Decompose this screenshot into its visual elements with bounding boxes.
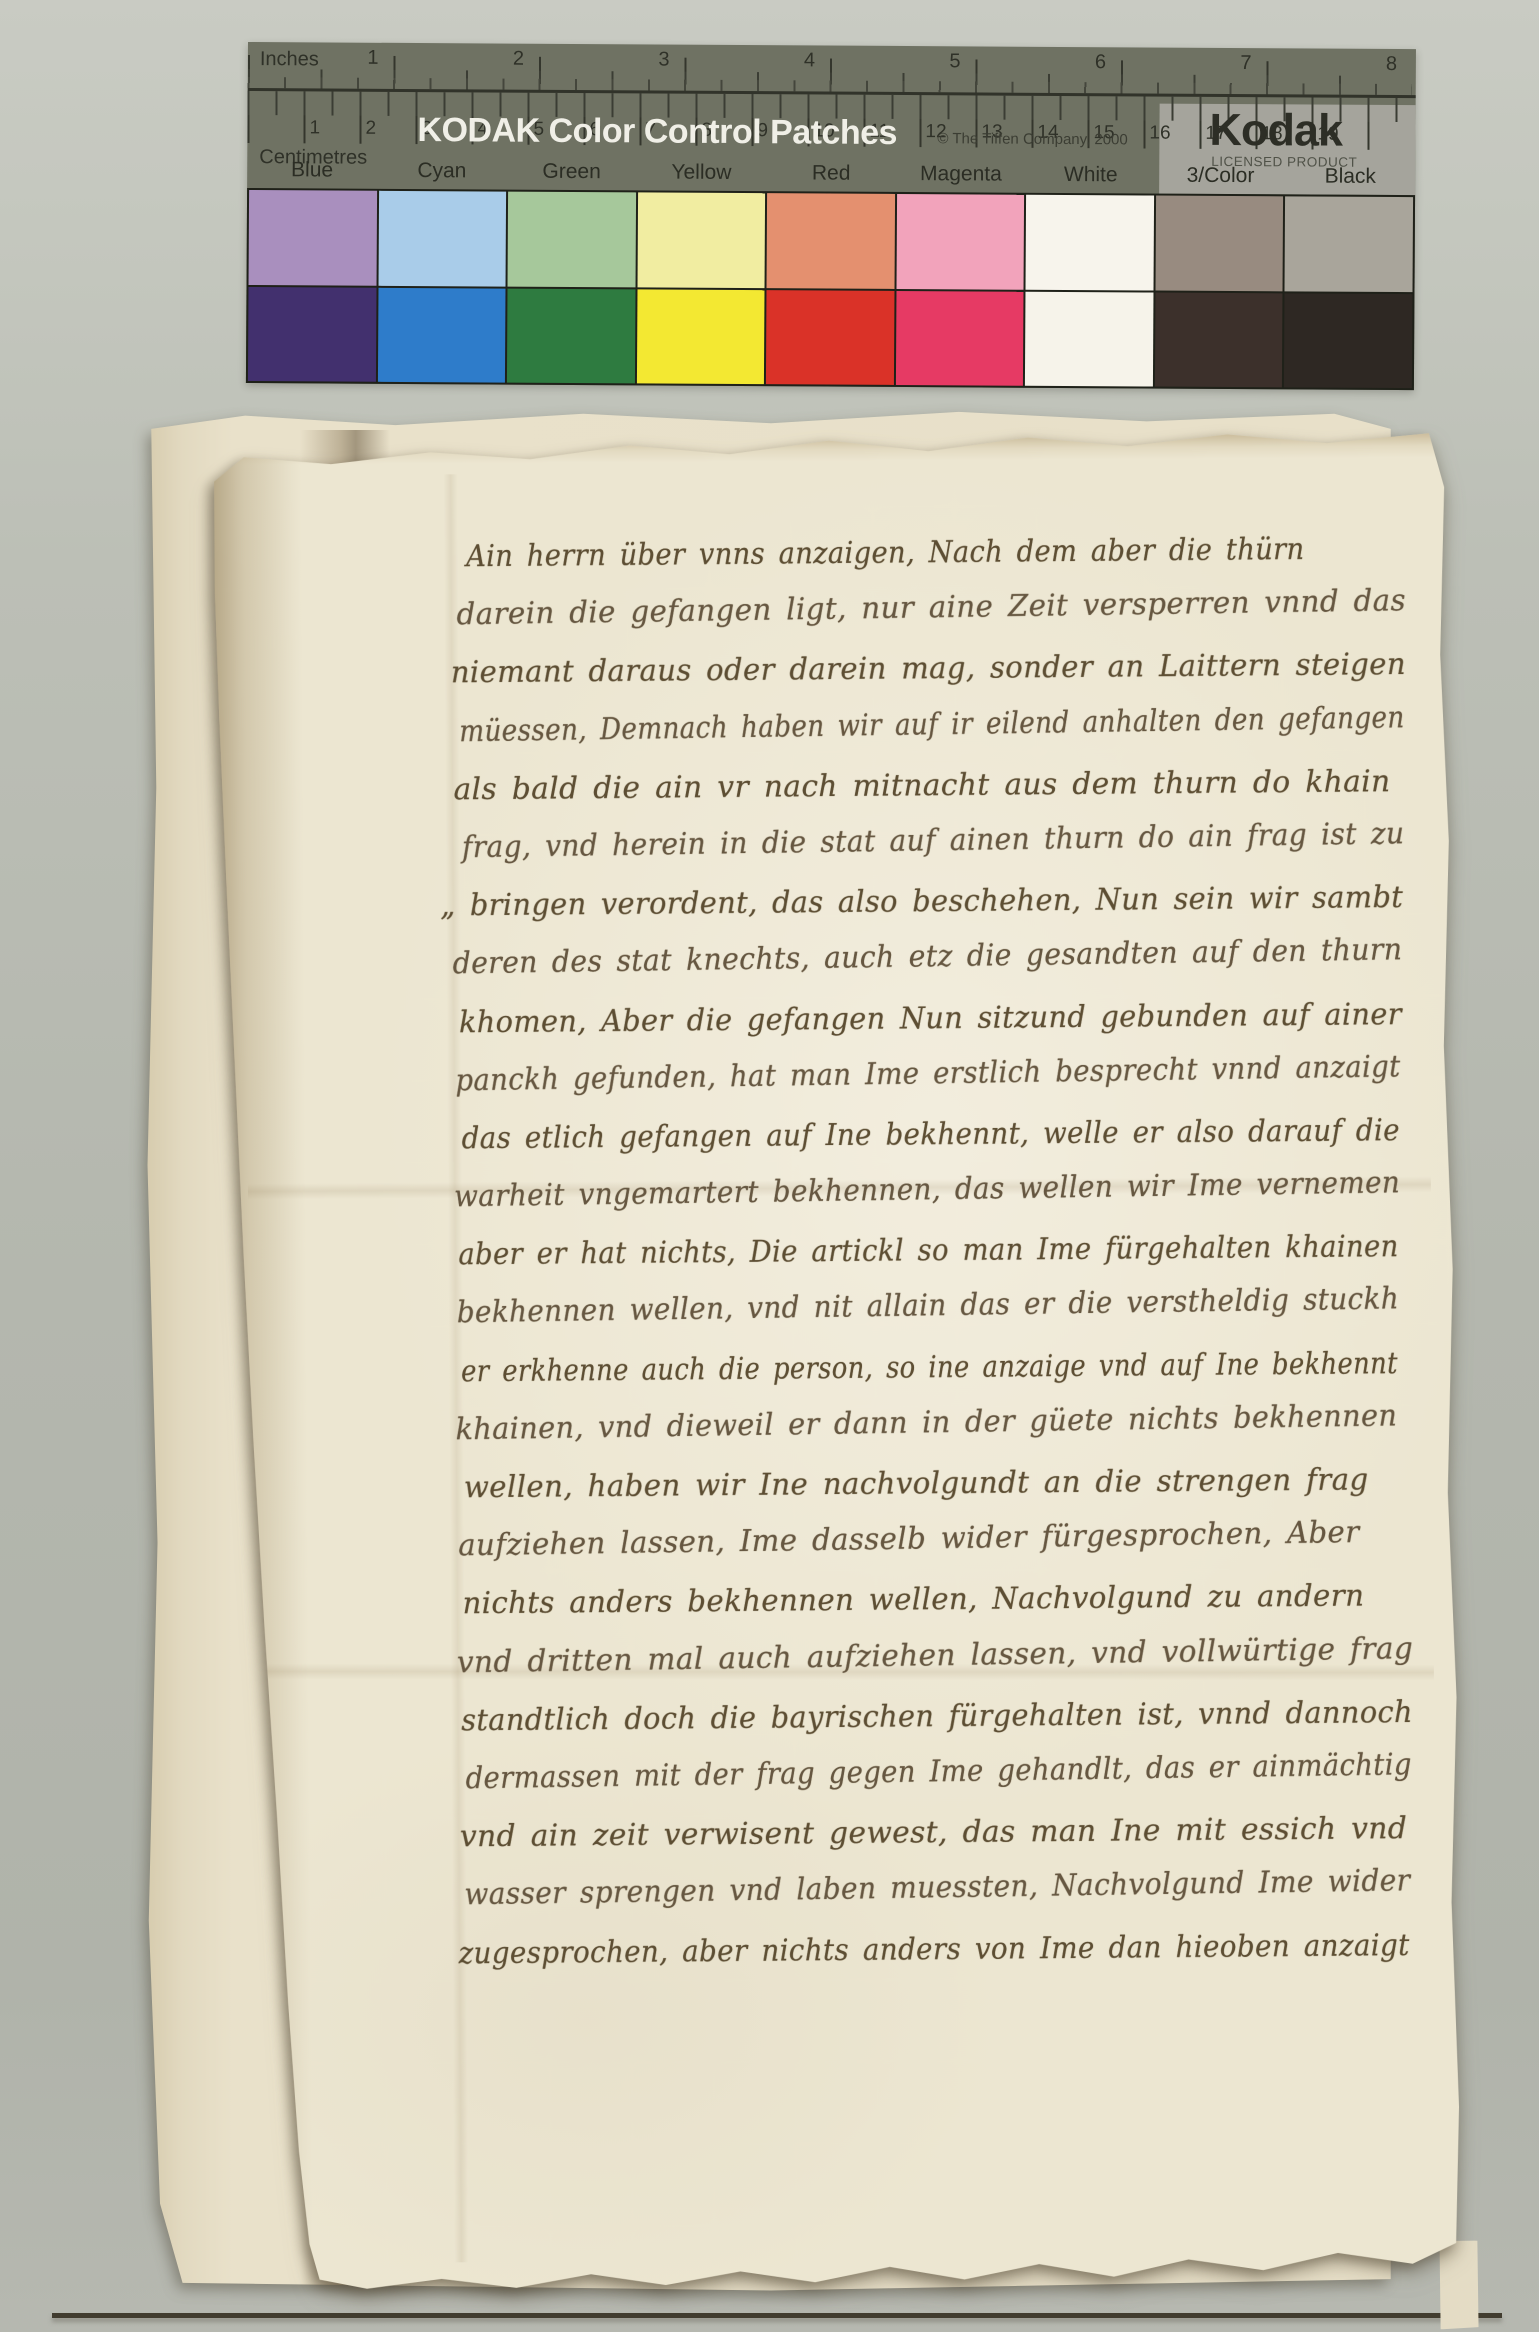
patch-dark-black (1284, 293, 1412, 388)
patch-dark-cyan (377, 287, 505, 382)
color-label-black: Black (1285, 164, 1415, 193)
color-label-white: White (1026, 163, 1156, 192)
manuscript-line-25: zugesprochen, aber nichts anders von Ime… (458, 1928, 1350, 1994)
patch-grid (246, 188, 1415, 390)
manuscript-line-12: warheit vngemartert bekhennen, das welle… (454, 1166, 1349, 1237)
top-sheet-wrap: Ain herrn über vnns anzaigen, Nach dem a… (206, 431, 1462, 2301)
color-bar-title: KODAK Color Control Patches (417, 111, 897, 153)
patch-light-cyan (378, 191, 506, 286)
color-label-red: Red (766, 161, 896, 190)
color-label-green: Green (507, 160, 637, 189)
patch-light-red (767, 193, 895, 288)
manuscript-line-14: bekhennen wellen, vnd nit allain das er … (457, 1283, 1350, 1354)
manuscript-line-18: aufziehen lassen, Ime dasselb wider fürg… (458, 1515, 1397, 1587)
patch-light-magenta (896, 194, 1024, 289)
patch-light-yellow (637, 192, 765, 287)
manuscript-line-8: deren des stat knechts, auch etz die ges… (452, 933, 1362, 1005)
patch-row-dark (248, 287, 1413, 389)
manuscript-line-24: wasser sprengen vnd laben muessten, Nach… (464, 1864, 1360, 1935)
patch-light-black (1285, 196, 1413, 291)
patch-light-blue (249, 190, 377, 285)
manuscript-page: Ain herrn über vnns anzaigen, Nach dem a… (206, 431, 1462, 2301)
manuscript-line-4: müessen, Demnach haben wir auf ir eilend… (459, 701, 1296, 772)
table-edge-line (52, 2313, 1502, 2318)
patch-dark-green (507, 288, 635, 383)
patch-dark-yellow (637, 289, 765, 384)
cm-number-2: 2 (365, 118, 376, 140)
manuscript-line-6: frag, vnd herein in die stat auf ainen t… (462, 817, 1356, 888)
color-label-yellow: Yellow (636, 160, 766, 189)
manuscript-line-22: dermassen mit der frag gegen Ime gehandl… (465, 1748, 1341, 1819)
patch-row-light (249, 190, 1414, 292)
cm-number-16: 16 (1149, 123, 1170, 145)
kodak-logo: Kodak (1209, 104, 1342, 157)
color-label-3/color: 3/Color (1156, 164, 1286, 193)
archival-photo: Inches 12345678 123456789101112131415161… (0, 0, 1539, 2332)
patch-dark-white (1025, 291, 1153, 386)
color-label-blue: Blue (247, 158, 377, 187)
patch-light-white (1026, 195, 1154, 290)
cm-number-1: 1 (309, 117, 320, 139)
patch-light-green (508, 192, 636, 287)
patch-light-3/color (1155, 196, 1283, 291)
manuscript-line-10: panckh gefunden, hat man Ime erstlich be… (455, 1050, 1340, 1121)
copyright-text: © The Tiffen Company, 2000 (937, 130, 1127, 148)
patch-dark-magenta (896, 290, 1024, 385)
manuscript-line-2: darein die gefangen ligt, nur aine Zeit … (456, 584, 1393, 656)
color-label-magenta: Magenta (896, 162, 1026, 191)
patch-dark-3/color (1155, 292, 1283, 387)
left-fold-shadow (206, 438, 312, 2301)
kodak-color-bar: Inches 12345678 123456789101112131415161… (246, 42, 1416, 390)
patch-dark-red (766, 290, 894, 385)
color-label-cyan: Cyan (377, 159, 507, 188)
manuscript-text: Ain herrn über vnns anzaigen, Nach dem a… (450, 533, 1424, 1994)
patch-dark-blue (248, 287, 376, 382)
